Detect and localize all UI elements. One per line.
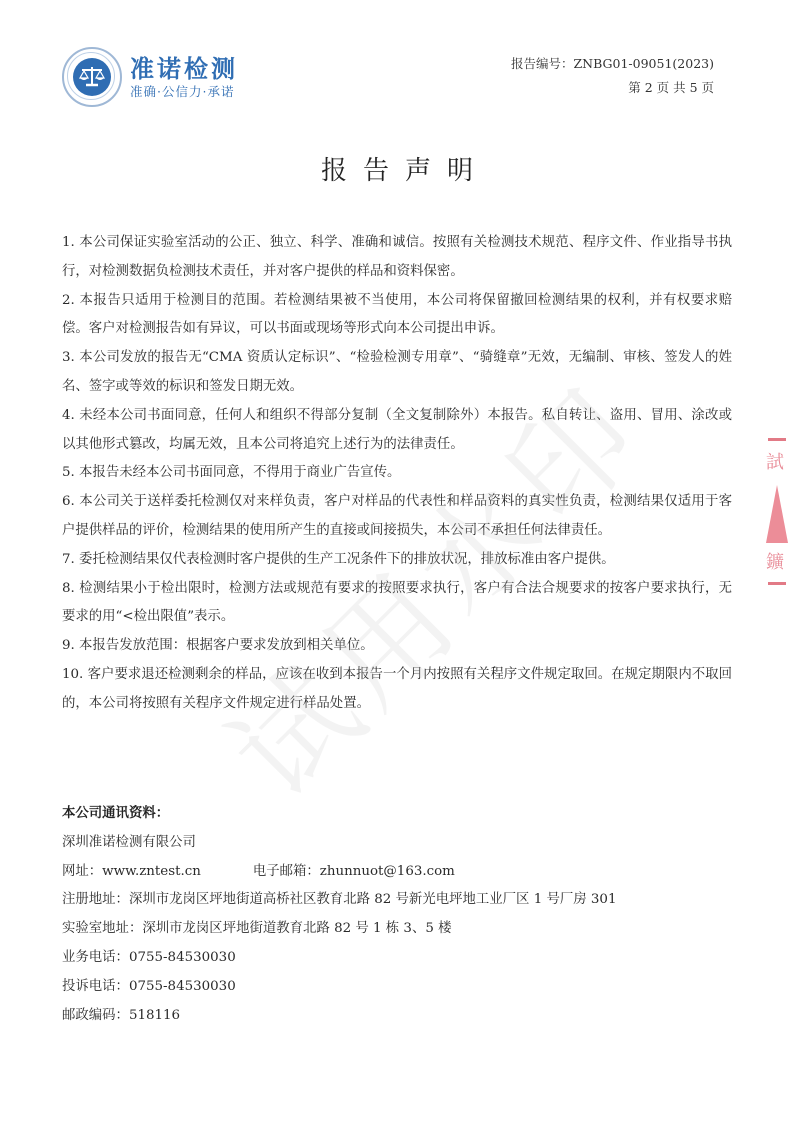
company-brand-name: 准诺检测 (130, 55, 238, 83)
lab-address-label: 实验室地址： (62, 921, 142, 936)
lab-address: 深圳市龙岗区坪地街道教育北路 82 号 1 栋 3、5 楼 (142, 921, 451, 936)
seal-stamp-strip: 試 鑛 (762, 430, 790, 590)
statement-item: 7. 委托检测结果仅代表检测时客户提供的生产工况条件下的排放状况，排放标准由客户… (62, 546, 732, 575)
complaint-phone-label: 投诉电话： (62, 979, 129, 994)
page-indicator: 第 2 页 共 5 页 (511, 76, 714, 100)
business-phone: 0755-84530030 (129, 950, 236, 965)
registered-address-label: 注册地址： (62, 892, 129, 907)
seal-bar-bottom (768, 582, 786, 585)
scales-of-justice-emblem-icon (62, 47, 122, 107)
statement-item: 9. 本报告发放范围：根据客户要求发放到相关单位。 (62, 632, 732, 661)
report-number: ZNBG01-09051(2023) (574, 56, 715, 71)
company-logo: 准诺检测 准确·公信力·承诺 (62, 47, 238, 107)
page-title: 报告声明 (0, 150, 794, 187)
website-link[interactable]: www.zntest.cn (102, 864, 201, 879)
email-link[interactable]: zhunnuot@163.com (320, 864, 455, 879)
website-label: 网址： (62, 864, 102, 879)
email-label: 电子邮箱： (253, 864, 320, 879)
report-number-label: 报告编号： (511, 56, 574, 71)
statement-item: 4. 未经本公司书面同意，任何人和组织不得部分复制（全文复制除外）本报告。私自转… (62, 402, 732, 460)
seal-star-fragment-icon (766, 485, 788, 543)
company-slogan: 准确·公信力·承诺 (130, 84, 238, 100)
report-number-line: 报告编号：ZNBG01-09051(2023) (511, 52, 714, 76)
complaint-phone: 0755-84530030 (129, 979, 236, 994)
seal-glyph-bottom: 鑛 (766, 548, 784, 574)
complaint-phone-row: 投诉电话：0755-84530030 (62, 973, 732, 1002)
report-meta: 报告编号：ZNBG01-09051(2023) 第 2 页 共 5 页 (511, 52, 714, 100)
company-name: 深圳准诺检测有限公司 (62, 829, 732, 858)
business-phone-label: 业务电话： (62, 950, 129, 965)
postal-code-label: 邮政编码： (62, 1008, 129, 1023)
statement-item: 5. 本报告未经本公司书面同意，不得用于商业广告宣传。 (62, 459, 732, 488)
statement-item: 2. 本报告只适用于检测目的范围。若检测结果被不当使用，本公司将保留撤回检测结果… (62, 287, 732, 345)
postal-code: 518116 (129, 1008, 180, 1023)
registered-address-row: 注册地址：深圳市龙岗区坪地街道高桥社区教育北路 82 号新光电坪地工业厂区 1 … (62, 886, 732, 915)
contact-section: 本公司通讯资料： 深圳准诺检测有限公司 网址：www.zntest.cn电子邮箱… (62, 800, 732, 1030)
statement-item: 3. 本公司发放的报告无“CMA 资质认定标识”、“检验检测专用章”、“骑缝章”… (62, 344, 732, 402)
seal-bar-top (768, 438, 786, 441)
contact-heading: 本公司通讯资料： (62, 800, 732, 829)
statement-item: 1. 本公司保证实验室活动的公正、独立、科学、准确和诚信。按照有关检测技术规范、… (62, 229, 732, 287)
seal-glyph-top: 試 (766, 448, 784, 474)
statement-item: 6. 本公司关于送样委托检测仅对来样负责，客户对样品的代表性和样品资料的真实性负… (62, 488, 732, 546)
web-email-row: 网址：www.zntest.cn电子邮箱：zhunnuot@163.com (62, 858, 732, 887)
statement-item: 8. 检测结果小于检出限时，检测方法或规范有要求的按照要求执行，客户有合法合规要… (62, 575, 732, 633)
lab-address-row: 实验室地址：深圳市龙岗区坪地街道教育北路 82 号 1 栋 3、5 楼 (62, 915, 732, 944)
statement-item: 10. 客户要求退还检测剩余的样品，应该在收到本报告一个月内按照有关程序文件规定… (62, 661, 732, 719)
registered-address: 深圳市龙岗区坪地街道高桥社区教育北路 82 号新光电坪地工业厂区 1 号厂房 3… (129, 892, 617, 907)
postal-code-row: 邮政编码：518116 (62, 1002, 732, 1031)
business-phone-row: 业务电话：0755-84530030 (62, 944, 732, 973)
statement-list: 1. 本公司保证实验室活动的公正、独立、科学、准确和诚信。按照有关检测技术规范、… (62, 229, 732, 719)
